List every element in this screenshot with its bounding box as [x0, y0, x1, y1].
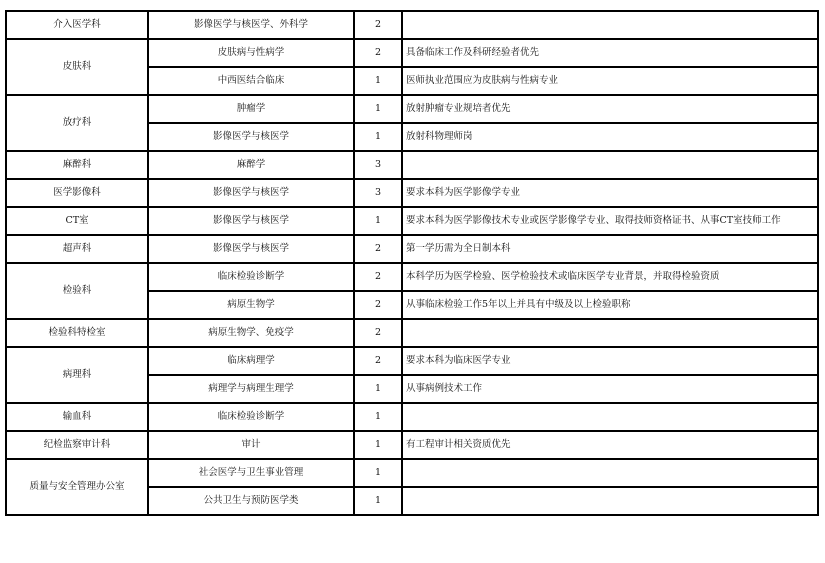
- department-cell: 麻醉科: [6, 151, 148, 179]
- major-cell: 影像医学与核医学、外科学: [148, 11, 354, 39]
- requirement-cell: 从事临床检验工作5年以上并具有中级及以上检验职称: [402, 291, 818, 319]
- recruitment-table: 介入医学科 影像医学与核医学、外科学 2 皮肤科 皮肤病与性病学 2 具备临床工…: [5, 10, 819, 516]
- department-cell: 介入医学科: [6, 11, 148, 39]
- table-row: 病理科 临床病理学 2 要求本科为临床医学专业: [6, 347, 818, 375]
- table-row: 超声科 影像医学与核医学 2 第一学历需为全日制本科: [6, 235, 818, 263]
- department-cell: 输血科: [6, 403, 148, 431]
- requirement-cell: 放射科物理师岗: [402, 123, 818, 151]
- requirement-cell: 本科学历为医学检验、医学检验技术或临床医学专业背景，并取得检验资质: [402, 263, 818, 291]
- major-cell: 中西医结合临床: [148, 67, 354, 95]
- headcount-cell: 2: [354, 291, 402, 319]
- requirement-cell: 医师执业范围应为皮肤病与性病专业: [402, 67, 818, 95]
- headcount-cell: 1: [354, 487, 402, 515]
- department-cell: 质量与安全管理办公室: [6, 459, 148, 515]
- table-row: 放疗科 肿瘤学 1 放射肿瘤专业规培者优先: [6, 95, 818, 123]
- major-cell: 社会医学与卫生事业管理: [148, 459, 354, 487]
- department-cell: 皮肤科: [6, 39, 148, 95]
- major-cell: 皮肤病与性病学: [148, 39, 354, 67]
- requirement-cell: [402, 11, 818, 39]
- major-cell: 影像医学与核医学: [148, 123, 354, 151]
- table-row: 皮肤科 皮肤病与性病学 2 具备临床工作及科研经验者优先: [6, 39, 818, 67]
- department-cell: 纪检监察审计科: [6, 431, 148, 459]
- requirement-cell: 具备临床工作及科研经验者优先: [402, 39, 818, 67]
- headcount-cell: 2: [354, 263, 402, 291]
- requirement-cell: 要求本科为临床医学专业: [402, 347, 818, 375]
- requirement-cell: 放射肿瘤专业规培者优先: [402, 95, 818, 123]
- department-cell: 检验科特检室: [6, 319, 148, 347]
- headcount-cell: 2: [354, 319, 402, 347]
- headcount-cell: 1: [354, 375, 402, 403]
- recruitment-table-container: 介入医学科 影像医学与核医学、外科学 2 皮肤科 皮肤病与性病学 2 具备临床工…: [5, 10, 819, 516]
- headcount-cell: 3: [354, 179, 402, 207]
- major-cell: 病原生物学、免疫学: [148, 319, 354, 347]
- major-cell: 肿瘤学: [148, 95, 354, 123]
- major-cell: 影像医学与核医学: [148, 179, 354, 207]
- major-cell: 影像医学与核医学: [148, 235, 354, 263]
- requirement-cell: 第一学历需为全日制本科: [402, 235, 818, 263]
- headcount-cell: 1: [354, 95, 402, 123]
- department-cell: CT室: [6, 207, 148, 235]
- major-cell: 公共卫生与预防医学类: [148, 487, 354, 515]
- headcount-cell: 1: [354, 67, 402, 95]
- headcount-cell: 2: [354, 11, 402, 39]
- table-row: 介入医学科 影像医学与核医学、外科学 2: [6, 11, 818, 39]
- requirement-cell: 要求本科为医学影像技术专业或医学影像学专业、取得技师资格证书、从事CT室技师工作: [402, 207, 818, 235]
- headcount-cell: 1: [354, 459, 402, 487]
- requirement-cell: 从事病例技术工作: [402, 375, 818, 403]
- major-cell: 临床检验诊断学: [148, 403, 354, 431]
- headcount-cell: 3: [354, 151, 402, 179]
- department-cell: 医学影像科: [6, 179, 148, 207]
- table-row: 检验科 临床检验诊断学 2 本科学历为医学检验、医学检验技术或临床医学专业背景，…: [6, 263, 818, 291]
- headcount-cell: 2: [354, 39, 402, 67]
- headcount-cell: 1: [354, 123, 402, 151]
- major-cell: 临床病理学: [148, 347, 354, 375]
- headcount-cell: 2: [354, 235, 402, 263]
- department-cell: 检验科: [6, 263, 148, 319]
- requirement-cell: [402, 403, 818, 431]
- major-cell: 临床检验诊断学: [148, 263, 354, 291]
- department-cell: 超声科: [6, 235, 148, 263]
- headcount-cell: 1: [354, 403, 402, 431]
- requirement-cell: 要求本科为医学影像学专业: [402, 179, 818, 207]
- headcount-cell: 2: [354, 347, 402, 375]
- table-row: 质量与安全管理办公室 社会医学与卫生事业管理 1: [6, 459, 818, 487]
- major-cell: 影像医学与核医学: [148, 207, 354, 235]
- table-row: 麻醉科 麻醉学 3: [6, 151, 818, 179]
- requirement-cell: [402, 487, 818, 515]
- major-cell: 病原生物学: [148, 291, 354, 319]
- requirement-cell: 有工程审计相关资质优先: [402, 431, 818, 459]
- table-row: 医学影像科 影像医学与核医学 3 要求本科为医学影像学专业: [6, 179, 818, 207]
- table-row: 输血科 临床检验诊断学 1: [6, 403, 818, 431]
- major-cell: 麻醉学: [148, 151, 354, 179]
- requirement-cell: [402, 151, 818, 179]
- requirement-cell: [402, 459, 818, 487]
- major-cell: 审计: [148, 431, 354, 459]
- department-cell: 病理科: [6, 347, 148, 403]
- department-cell: 放疗科: [6, 95, 148, 151]
- table-row: 检验科特检室 病原生物学、免疫学 2: [6, 319, 818, 347]
- table-row: 纪检监察审计科 审计 1 有工程审计相关资质优先: [6, 431, 818, 459]
- major-cell: 病理学与病理生理学: [148, 375, 354, 403]
- headcount-cell: 1: [354, 431, 402, 459]
- requirement-cell: [402, 319, 818, 347]
- headcount-cell: 1: [354, 207, 402, 235]
- table-row: CT室 影像医学与核医学 1 要求本科为医学影像技术专业或医学影像学专业、取得技…: [6, 207, 818, 235]
